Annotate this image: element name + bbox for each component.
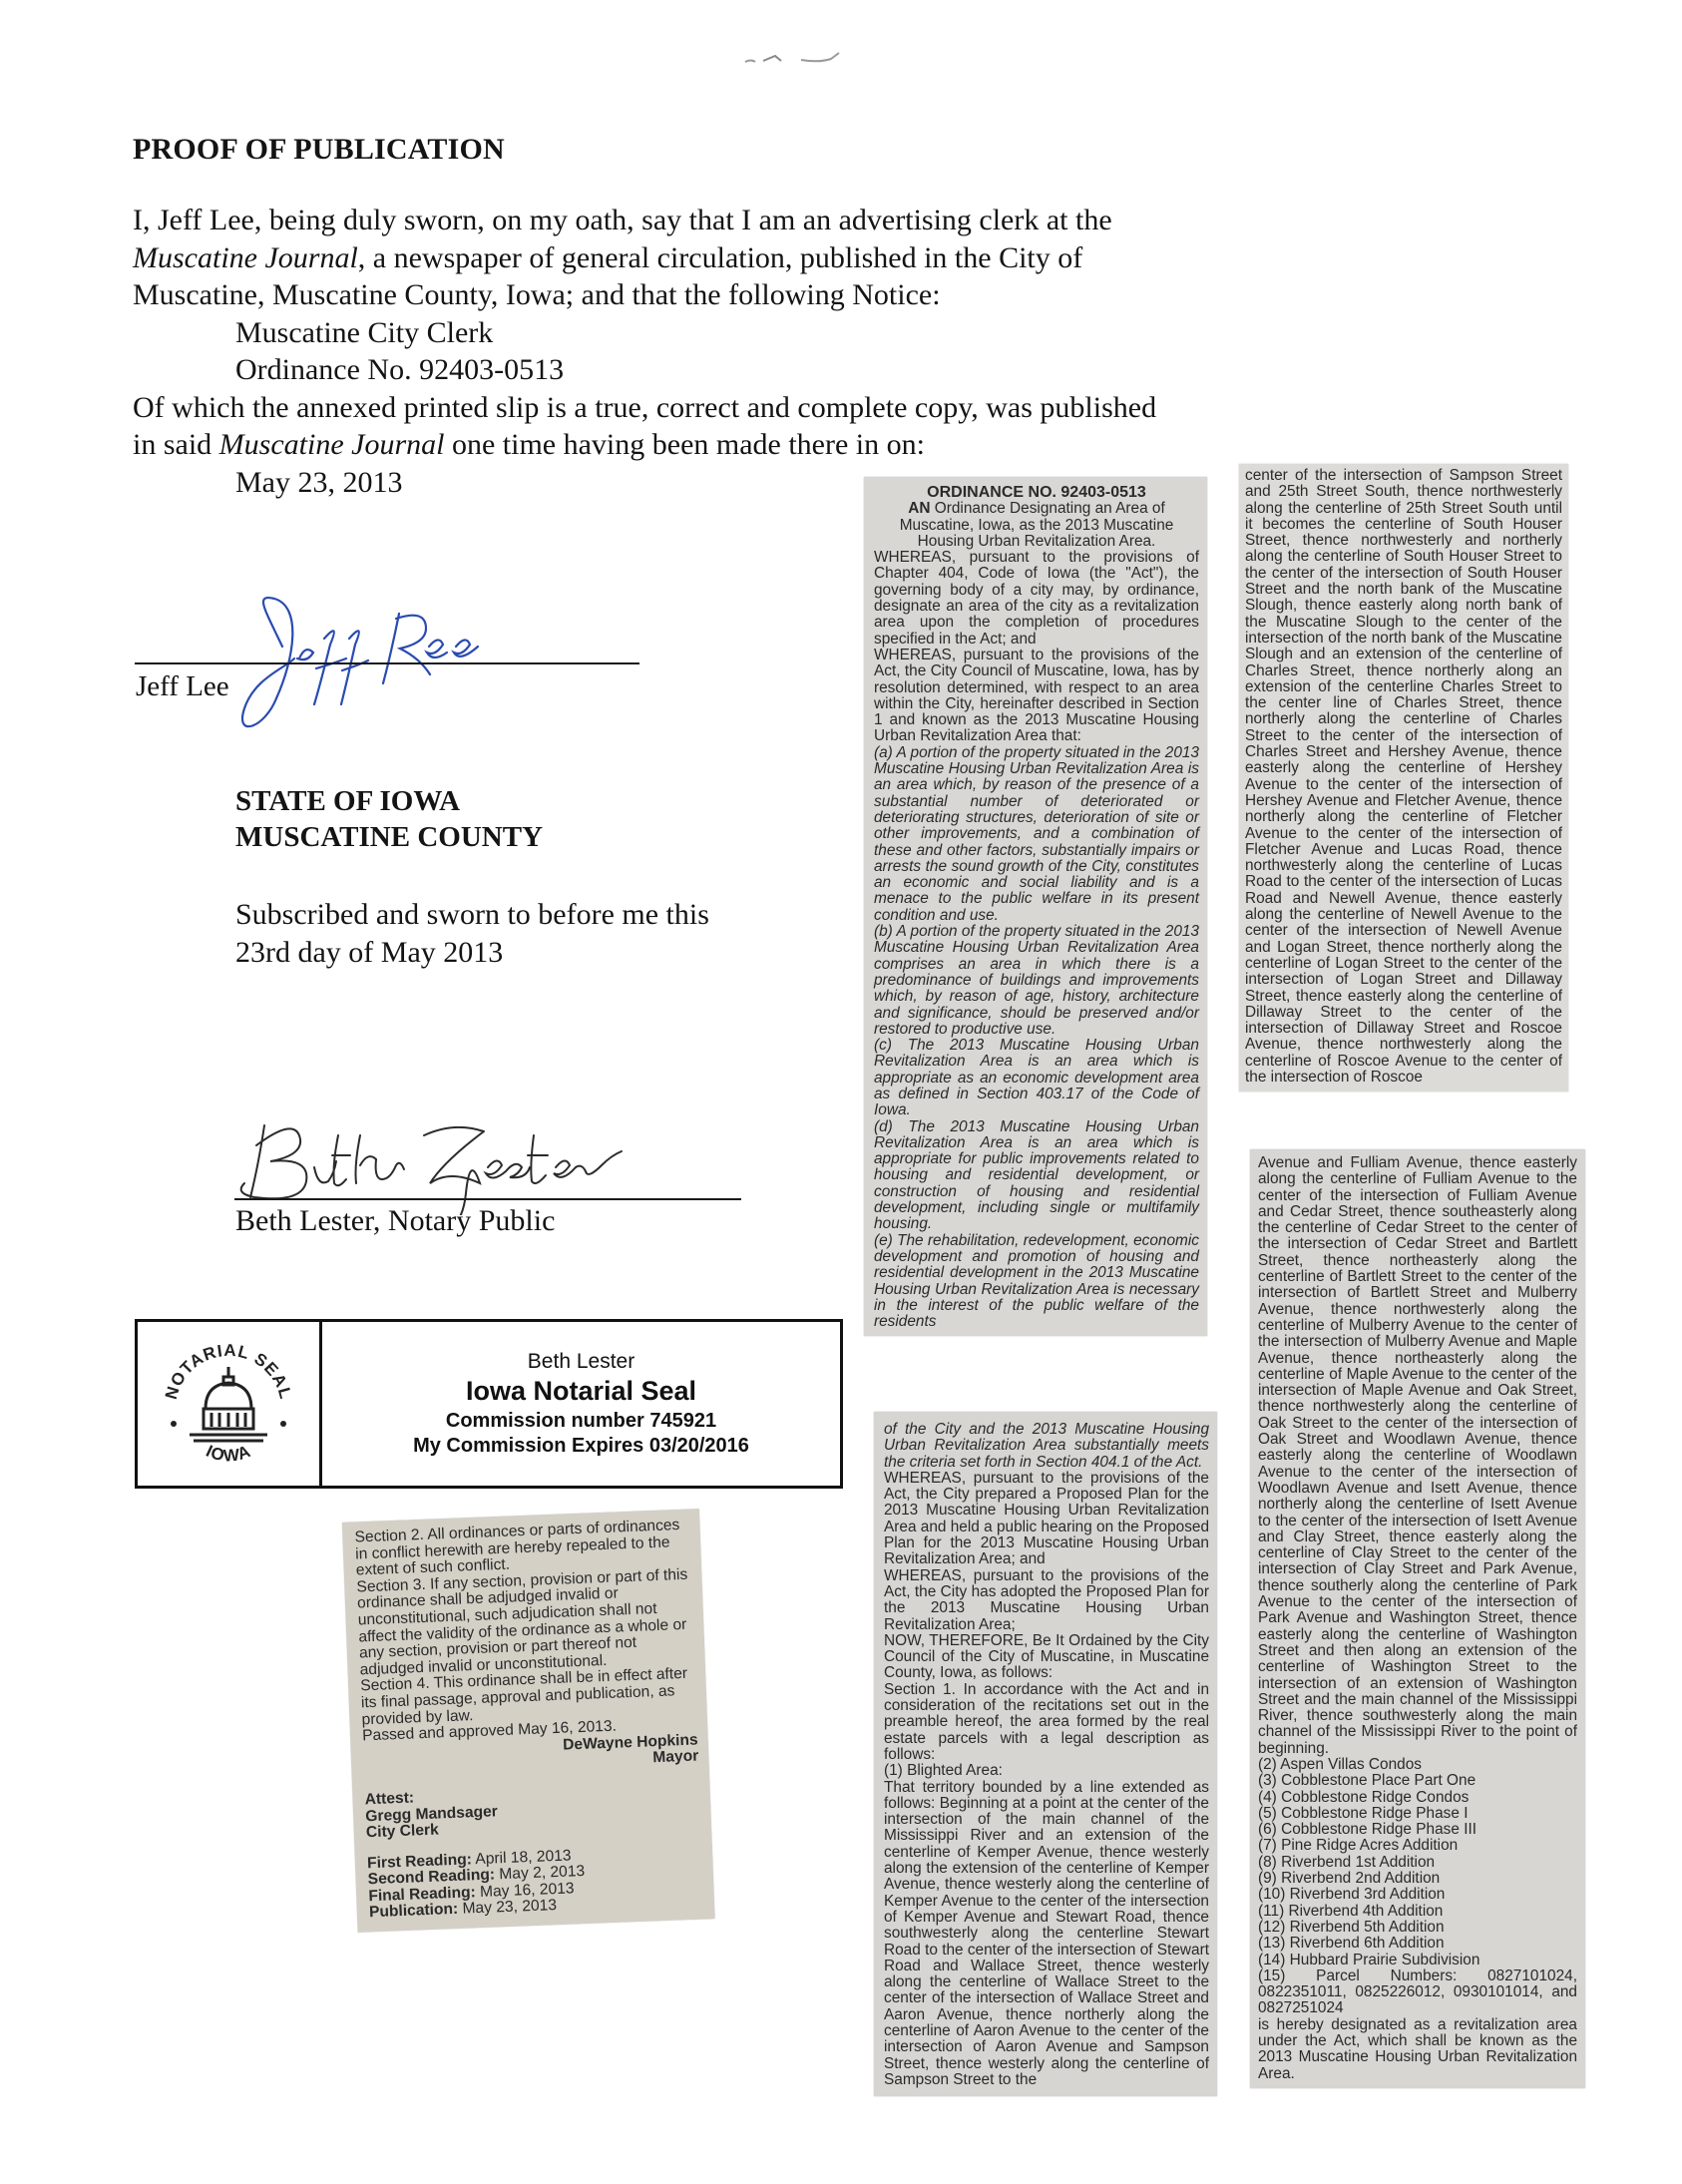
ordinance-paragraph: WHEREAS, pursuant to the provisions of t… [884,1471,1209,1568]
designated-areas-list: (2) Aspen Villas Condos(3) Cobblestone P… [1258,1757,1577,1968]
ordinance-subtitle-text: Ordinance Designating an Area of Muscati… [900,500,1174,550]
ordinance-paragraph: (d) The 2013 Muscatine Housing Urban Rev… [874,1119,1199,1233]
ordinance-paragraph: (b) A portion of the property situated i… [874,924,1199,1038]
ordinance-paragraph: (1) Blighted Area: [884,1763,1209,1779]
affidavit-text: , a newspaper of general circulation, pu… [358,241,1082,274]
commission-expiry: My Commission Expires 03/20/2016 [413,1434,749,1459]
county-name: MUSCATINE COUNTY [235,819,543,855]
designated-area-item: (10) Riverbend 3rd Addition [1258,1887,1577,1903]
designated-area-item: (3) Cobblestone Place Part One [1258,1773,1577,1789]
affidavit-statement: I, Jeff Lee, being duly sworn, on my oat… [133,202,1310,501]
document-title: PROOF OF PUBLICATION [133,133,505,167]
reading-label: Publication: [369,1901,459,1921]
sworn-date: 23rd day of May 2013 [235,934,709,972]
seal-details: Beth Lester Iowa Notarial Seal Commissio… [322,1322,840,1486]
affidavit-line: Muscatine, Muscatine County, Iowa; and t… [133,276,1310,314]
ordinance-paragraph: NOW, THEREFORE, Be It Ordained by the Ci… [884,1633,1209,1682]
ordinance-paragraph: (e) The rehabilitation, redevelopment, e… [874,1233,1199,1331]
designated-area-item: (2) Aspen Villas Condos [1258,1757,1577,1773]
notary-signature-line [234,1198,741,1200]
newspaper-name: Muscatine Journal [133,241,358,274]
designated-area-item: (9) Riverbend 2nd Addition [1258,1871,1577,1887]
state-name: STATE OF IOWA [235,783,543,819]
ordinance-clipping-col2-top: center of the intersection of Sampson St… [1239,464,1568,1092]
affidavit-line: in said Muscatine Journal one time havin… [133,426,1310,464]
clerk-signature-line [135,662,639,664]
ordinance-paragraph: Avenue and Fulliam Avenue, thence easter… [1258,1155,1577,1757]
designated-area-item: (8) Riverbend 1st Addition [1258,1855,1577,1871]
seal-title: Iowa Notarial Seal [466,1376,696,1407]
seal-emblem: NOTARIAL SEAL IOWA [138,1322,322,1486]
parcel-numbers: (15) Parcel Numbers: 0827101024, 0822351… [1258,1968,1577,2017]
ordinance-clipping-closing: Section 2. All ordinances or parts of or… [342,1509,715,1933]
ordinance-paragraph: WHEREAS, pursuant to the provisions of t… [884,1568,1209,1633]
scan-artifact [743,52,853,66]
ordinance-paragraph: WHEREAS, pursuant to the provisions of C… [874,550,1199,648]
section-3: Section 3. If any section, provision or … [356,1566,695,1678]
designated-area-item: (12) Riverbend 5th Addition [1258,1920,1577,1936]
newspaper-name: Muscatine Journal [219,428,445,461]
ordinance-paragraph: (a) A portion of the property situated i… [874,745,1199,924]
reading-date: May 23, 2013 [462,1898,557,1919]
ordinance-heading: ORDINANCE NO. 92403-0513 [874,485,1199,501]
ordinance-clipping-col1-top: ORDINANCE NO. 92403-0513 AN Ordinance De… [864,477,1207,1336]
designated-area-item: (11) Riverbend 4th Addition [1258,1904,1577,1920]
notary-name: Beth Lester, Notary Public [235,1204,555,1238]
sworn-statement: Subscribed and sworn to before me this 2… [235,896,709,972]
ordinance-clipping-col1-bottom: of the City and the 2013 Muscatine Housi… [874,1412,1217,2096]
svg-text:IOWA: IOWA [204,1442,254,1466]
ordinance-paragraph: of the City and the 2013 Muscatine Housi… [884,1422,1209,1471]
ordinance-paragraph: Section 1. In accordance with the Act an… [884,1682,1209,1763]
readings-list: First Reading: April 18, 2013Second Read… [367,1843,704,1922]
designated-area-item: (7) Pine Ridge Acres Addition [1258,1838,1577,1854]
commission-number: Commission number 745921 [446,1409,716,1434]
ordinance-paragraph: That territory bounded by a line extende… [884,1780,1209,2089]
notice-title: Ordinance No. 92403-0513 [133,351,1310,389]
designated-area-item: (6) Cobblestone Ridge Phase III [1258,1822,1577,1838]
designated-area-item: (14) Hubbard Prairie Subdivision [1258,1953,1577,1968]
ordinance-clipping-col2-bottom: Avenue and Fulliam Avenue, thence easter… [1250,1149,1585,2088]
ordinance-paragraph: (c) The 2013 Muscatine Housing Urban Rev… [874,1038,1199,1118]
designated-area-item: (13) Riverbend 6th Addition [1258,1936,1577,1952]
sworn-line: Subscribed and sworn to before me this [235,896,709,934]
clerk-name: Jeff Lee [136,670,229,703]
ordinance-subtitle-prefix: AN [908,500,930,517]
ordinance-paragraphs: WHEREAS, pursuant to the provisions of C… [874,550,1199,1330]
jurisdiction: STATE OF IOWA MUSCATINE COUNTY [235,783,543,855]
affidavit-text: one time having been made there in on: [444,428,925,461]
affidavit-line: I, Jeff Lee, being duly sworn, on my oat… [133,202,1310,239]
affidavit-line: Of which the annexed printed slip is a t… [133,389,1310,427]
affidavit-text: in said [133,428,219,461]
affidavit-line: Muscatine Journal, a newspaper of genera… [133,239,1310,277]
designated-area-item: (4) Cobblestone Ridge Condos [1258,1790,1577,1806]
ordinance-paragraphs: of the City and the 2013 Muscatine Housi… [884,1422,1209,2088]
notice-from: Muscatine City Clerk [133,314,1310,352]
notarial-seal-stamp: NOTARIAL SEAL IOWA Beth Lester Iowa Nota… [135,1319,843,1489]
notary-name-print: Beth Lester [528,1350,634,1374]
ordinance-paragraph: WHEREAS, pursuant to the provisions of t… [874,648,1199,745]
designated-area-item: (5) Cobblestone Ridge Phase I [1258,1806,1577,1822]
ordinance-subtitle: AN Ordinance Designating an Area of Musc… [874,501,1199,550]
ordinance-paragraph: center of the intersection of Sampson St… [1245,468,1562,1086]
capitol-dome-icon: NOTARIAL SEAL IOWA [154,1329,303,1479]
designation-statement: is hereby designated as a revitalization… [1258,2017,1577,2082]
